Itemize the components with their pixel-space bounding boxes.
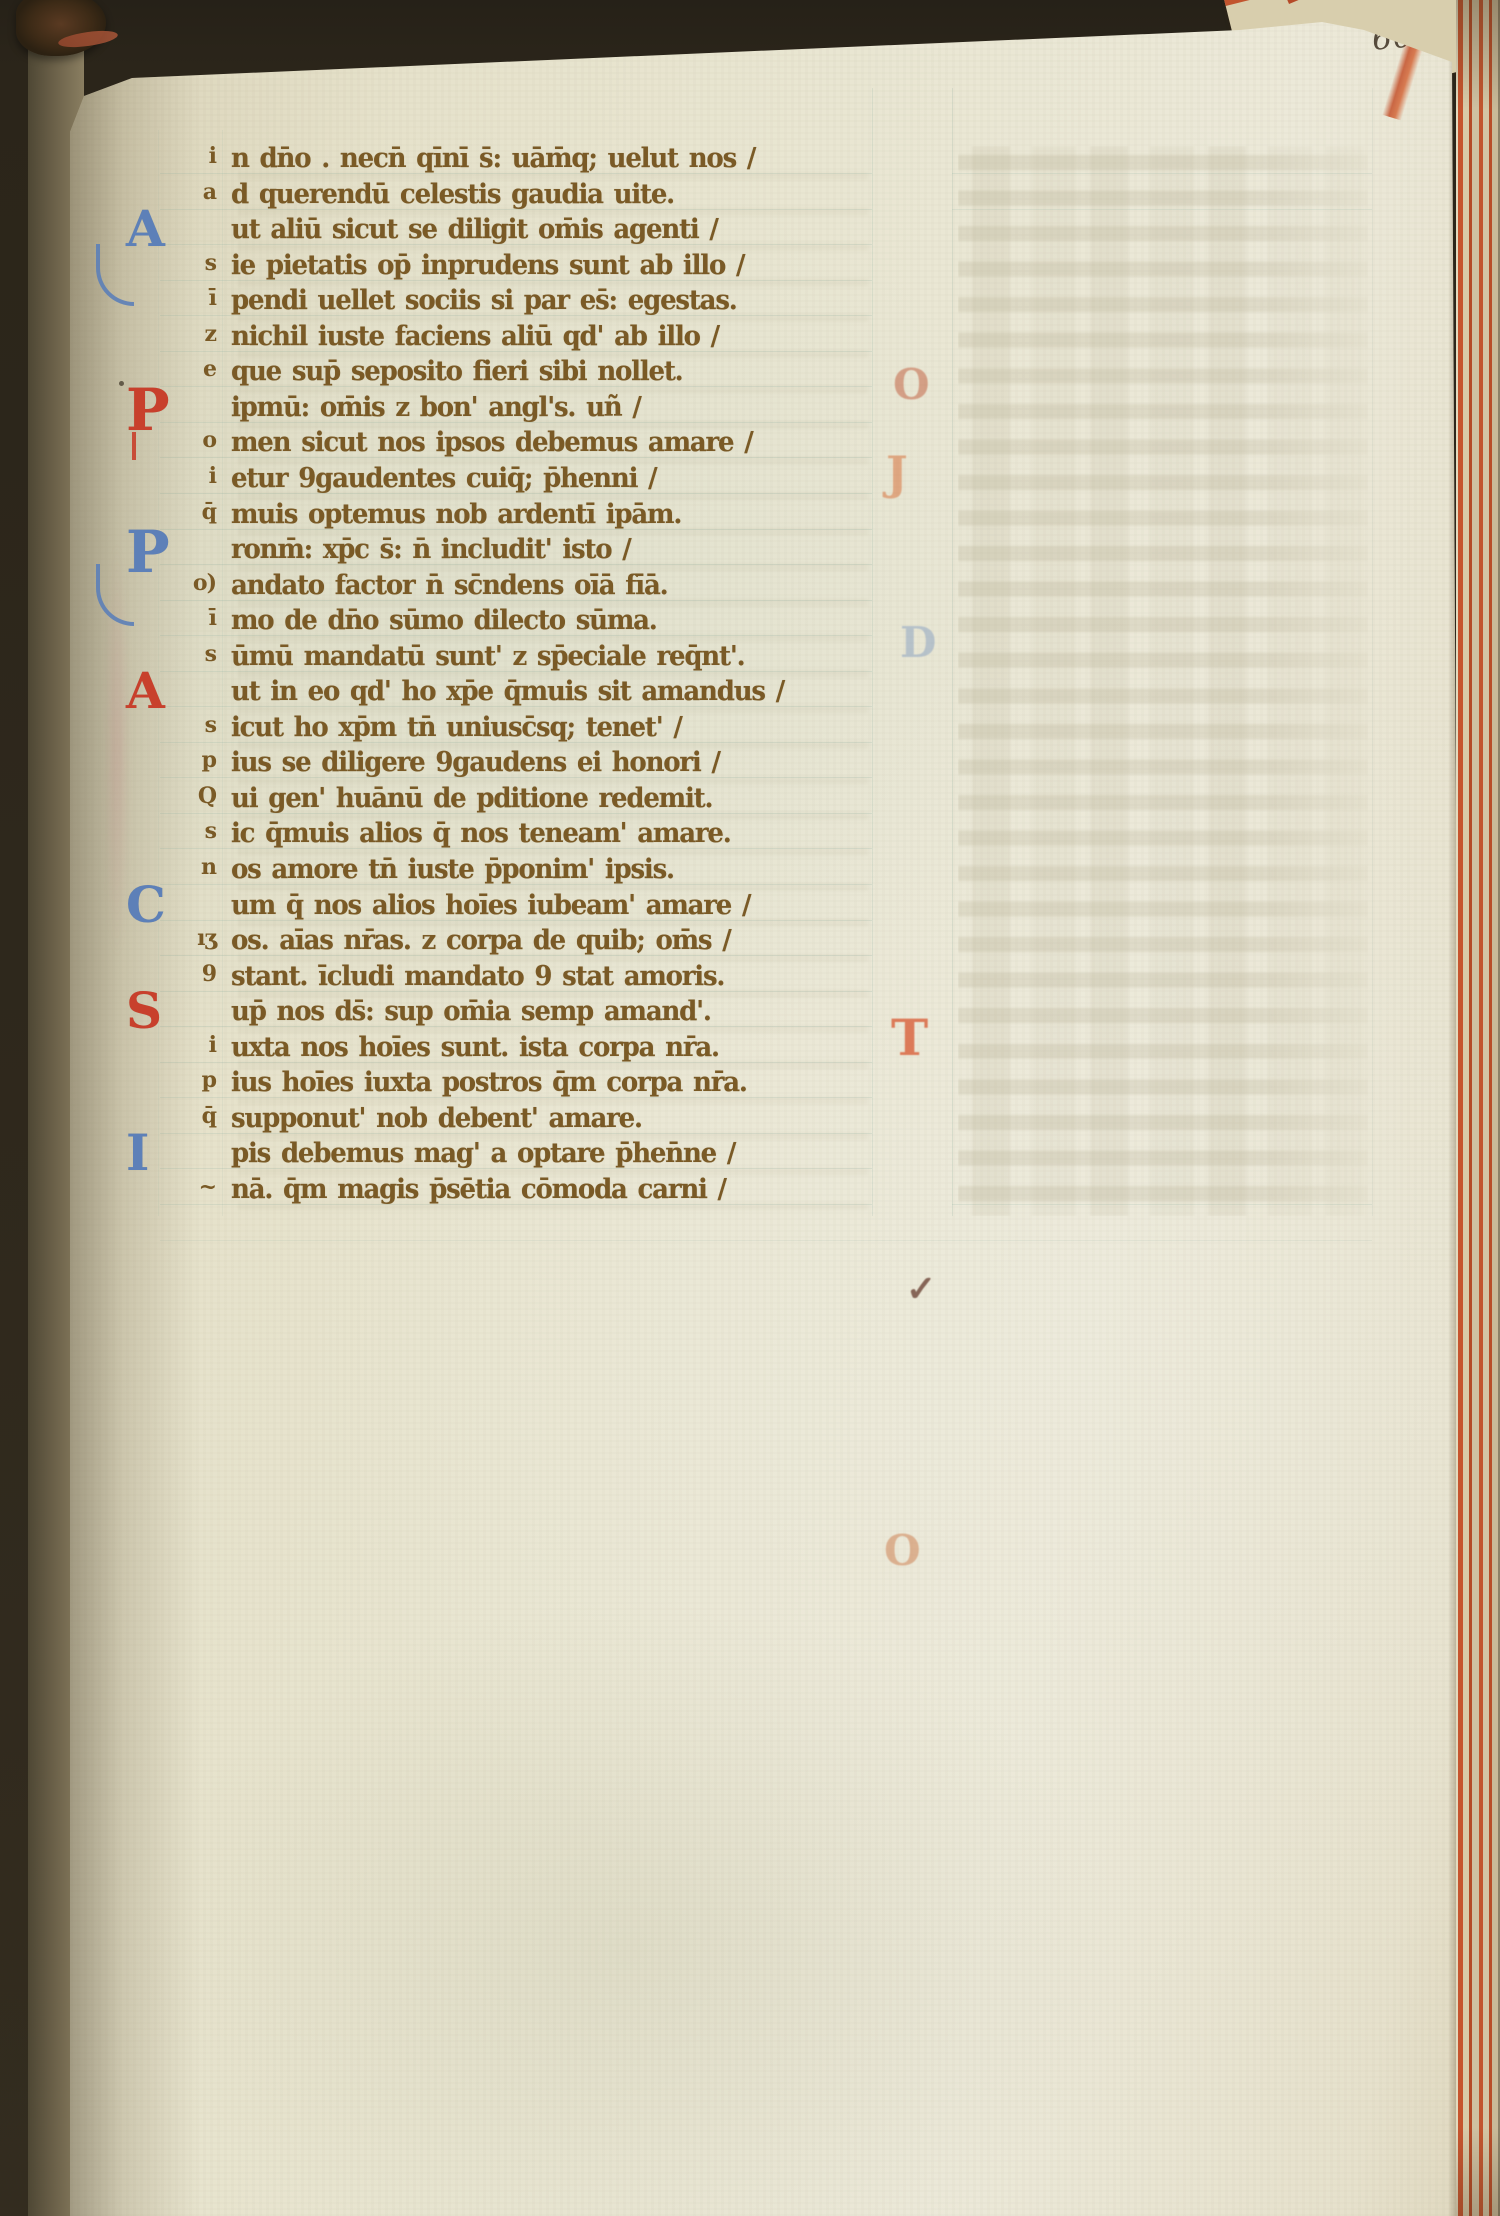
illuminated-initial: C bbox=[126, 882, 166, 927]
verse-text: supponut' nob debent' amare. bbox=[231, 1103, 642, 1134]
verse-text: ut in eo qd' ho xp̄e q̄muis sit amandus … bbox=[231, 676, 784, 707]
verse-text: nichil iuste faciens aliū qd' ab illo / bbox=[231, 321, 719, 352]
verse-text: ronm̄: xp̄c s̄: n̄ includit' isto / bbox=[231, 534, 631, 565]
illuminated-initial: A bbox=[126, 668, 165, 713]
binding-headband bbox=[16, 0, 106, 56]
verse-text: ie pietatis op̄ inprudens sunt ab illo / bbox=[231, 250, 744, 281]
parchment-page: OJDT✓O 60. in dn̄o . necn̄ qīnī s̄: uām̄… bbox=[0, 0, 1500, 2216]
margin-letter: i bbox=[150, 463, 216, 489]
verse-text: pis debemus mag' a optare p̄hen̄ne / bbox=[231, 1138, 735, 1169]
verse-text: d querendū celestis gaudia uite. bbox=[231, 179, 674, 210]
verse-text: etur 9gaudentes cuiq̄; p̄henni / bbox=[231, 463, 656, 494]
margin-letter: p bbox=[150, 1067, 216, 1093]
verse-text: icut ho xp̄m tn̄ uniusc̄sq; tenet' / bbox=[231, 712, 682, 743]
margin-letter: i bbox=[150, 143, 216, 169]
verse-text: que sup̄ seposito fieri sibi nollet. bbox=[231, 356, 683, 387]
initial-stem bbox=[132, 432, 140, 460]
margin-letter: p bbox=[150, 747, 216, 773]
margin-letter: ıʒ bbox=[150, 925, 216, 951]
verse-text: ui gen' huānū de pditione redemit. bbox=[231, 783, 712, 814]
initial-flourish bbox=[96, 564, 134, 626]
margin-letter: o bbox=[150, 427, 216, 453]
verse-text: os amore tn̄ iuste p̄ponim' ipsis. bbox=[231, 854, 674, 885]
margin-letter: z bbox=[150, 321, 216, 347]
margin-letter: Q bbox=[150, 783, 216, 809]
margin-letter: i bbox=[150, 1032, 216, 1058]
verse-text: ius hoīes iuxta postros q̄m corpa nr̄a. bbox=[231, 1067, 747, 1098]
verse-text: ipmū: om̄is z bon' angl's. uñ / bbox=[231, 392, 641, 423]
verse-text: ius se diligere 9gaudens ei honori / bbox=[231, 747, 720, 778]
verse-text: up̄ nos ds̄: sup om̄ia semp amand'. bbox=[231, 996, 711, 1027]
page-edge-shadow bbox=[1448, 40, 1456, 2216]
illuminated-initial: I bbox=[126, 1130, 149, 1175]
verse-text: pendi uellet sociis si par es̄: egestas. bbox=[231, 285, 737, 316]
margin-letter: ī bbox=[150, 285, 216, 311]
margin-letter: ~ bbox=[150, 1174, 216, 1200]
verse-text: ūmū mandatū sunt' z sp̄eciale req̄nt'. bbox=[231, 641, 744, 672]
verse-text: ic q̄muis alios q̄ nos teneam' amare. bbox=[231, 818, 731, 849]
verse-text: nā. q̄m magis p̄sētia cōmoda carni / bbox=[231, 1174, 726, 1205]
verse-text: um q̄ nos alios hoīes iubeam' amare / bbox=[231, 890, 750, 921]
verse-text: stant. īcludi mandato 9 stat amoris. bbox=[231, 961, 724, 992]
initial-flourish bbox=[96, 244, 134, 306]
margin-letter: s bbox=[150, 818, 216, 844]
verse-text: uxta nos hoīes sunt. ista corpa nr̄a. bbox=[231, 1032, 719, 1063]
facing-page-edge bbox=[0, 60, 30, 2216]
margin-letter: o) bbox=[150, 570, 216, 596]
margin-letter: s bbox=[150, 250, 216, 276]
illuminated-initial: S bbox=[126, 988, 162, 1033]
manuscript-photo: OJDT✓O 60. in dn̄o . necn̄ qīnī s̄: uām̄… bbox=[0, 0, 1500, 2216]
verse-text: men sicut nos ipsos debemus amare / bbox=[231, 427, 753, 458]
margin-letter: s bbox=[150, 712, 216, 738]
red-fore-edge bbox=[1456, 0, 1500, 2216]
verse-text: mo de dn̄o sūmo dilecto sūma. bbox=[231, 605, 657, 636]
verse-text: n dn̄o . necn̄ qīnī s̄: uām̄q; uelut nos… bbox=[231, 143, 755, 174]
verse-text-block: in dn̄o . necn̄ qīnī s̄: uām̄q; uelut no… bbox=[0, 0, 1500, 2216]
verse-text: ut aliū sicut se diligit om̄is agenti / bbox=[231, 214, 718, 245]
verse-text: os. aīas nr̄as. z corpa de quib; om̄s / bbox=[231, 925, 731, 956]
verse-text: andato factor n̄ sc̄ndens oīā fīā. bbox=[231, 570, 667, 601]
margin-letter: q̄ bbox=[150, 1103, 216, 1129]
margin-letter: ī bbox=[150, 605, 216, 631]
verse-text: muis optemus nob ardentī ipām. bbox=[231, 499, 681, 530]
